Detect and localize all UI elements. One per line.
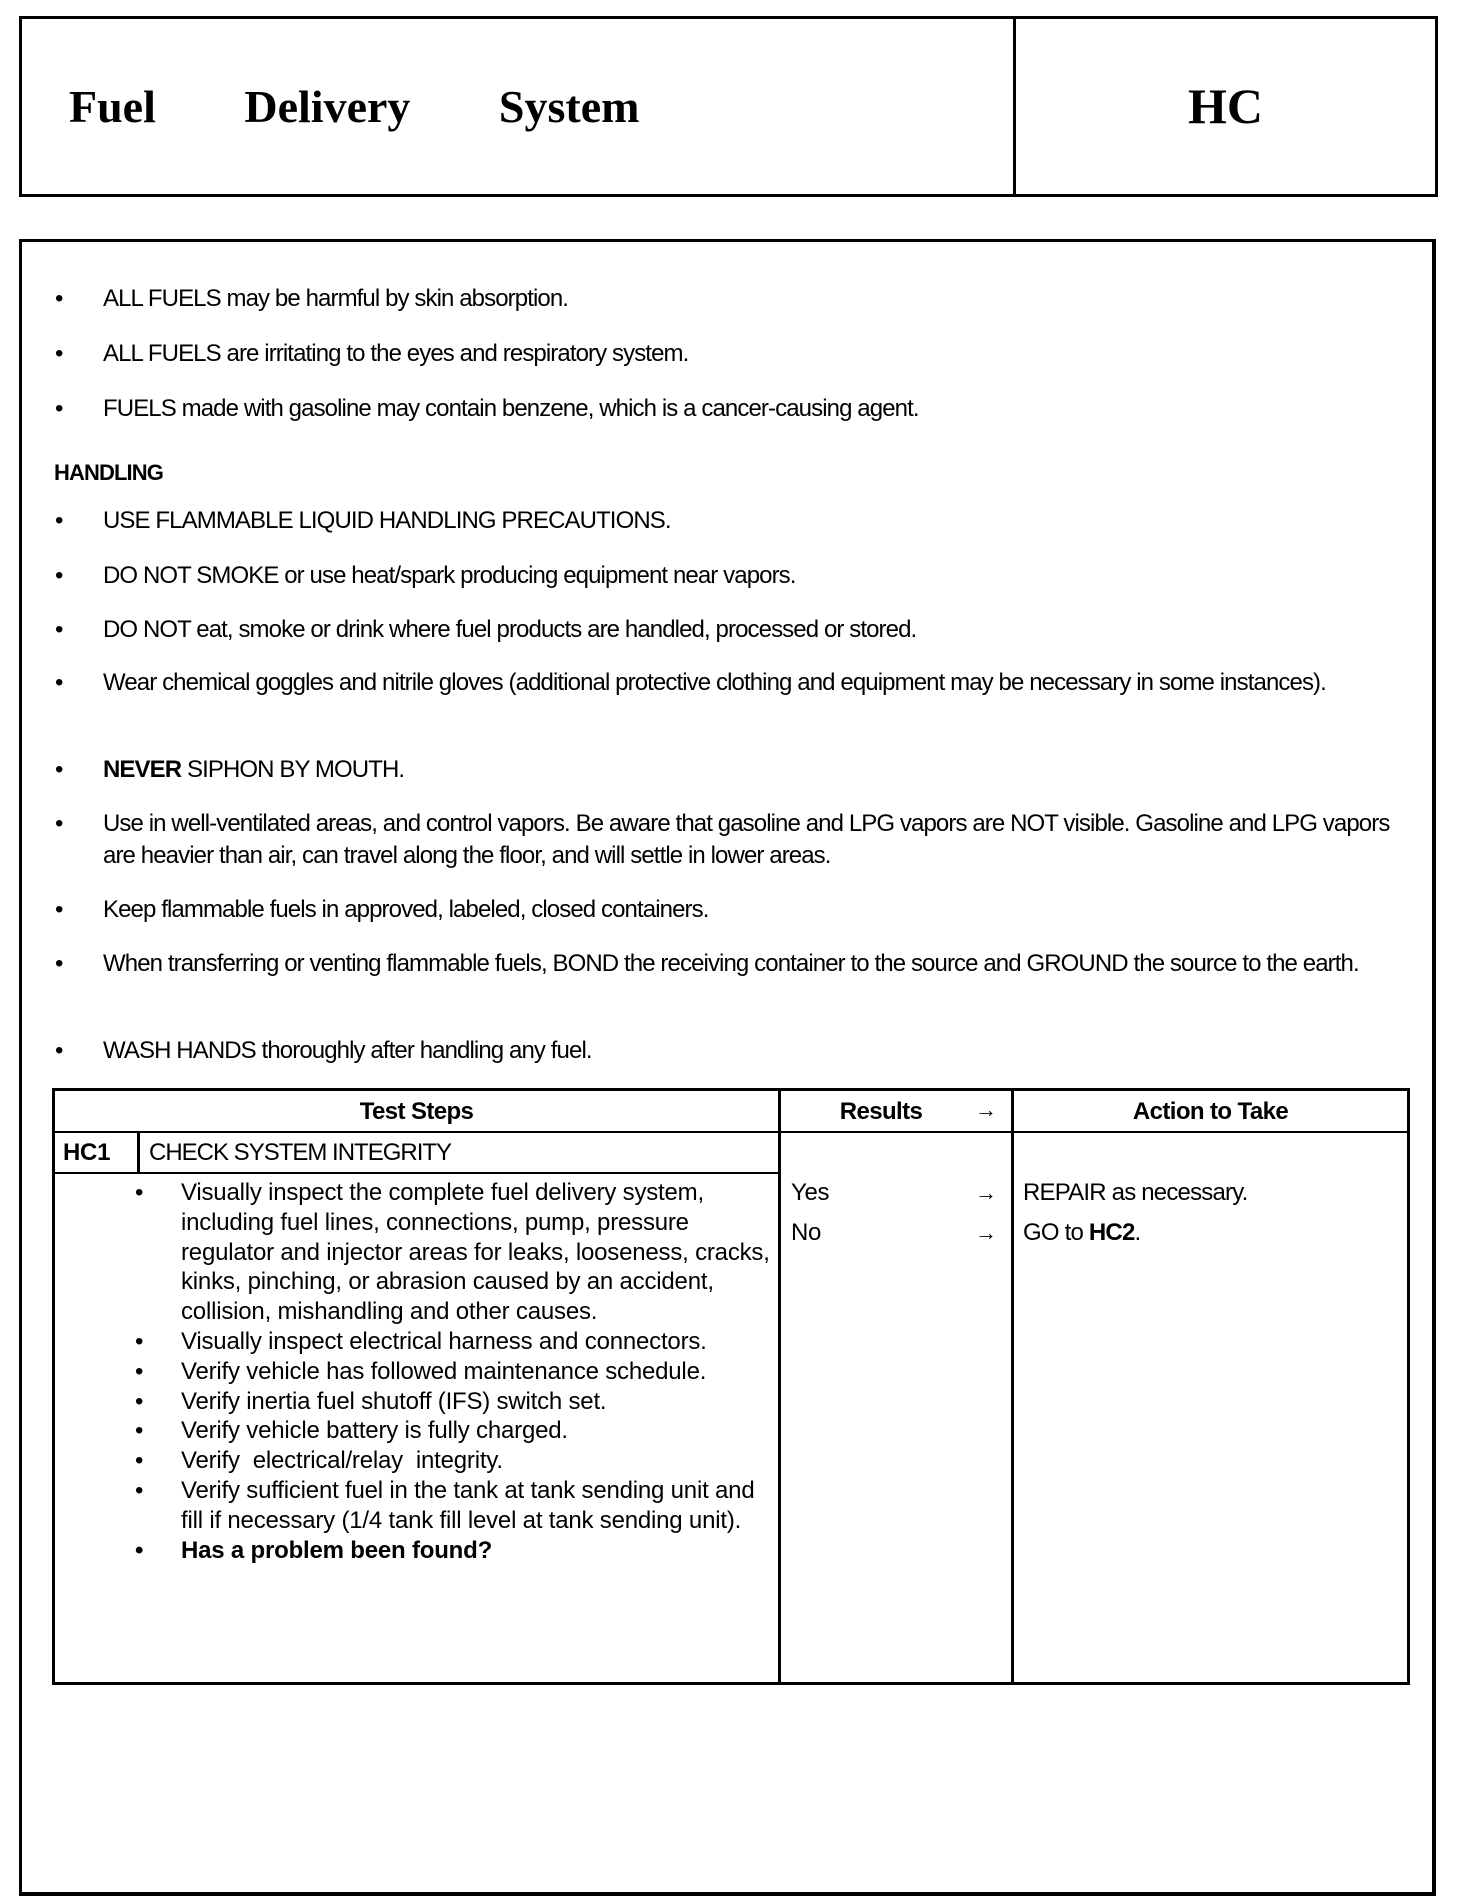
bullet-icon: •	[55, 560, 75, 592]
bullet-icon: •	[135, 1476, 143, 1506]
instruction-text: Verify sufficient fuel in the tank at ta…	[181, 1477, 754, 1534]
bullet-icon: •	[55, 338, 75, 370]
handling-text: DO NOT eat, smoke or drink where fuel pr…	[103, 614, 1415, 646]
bullet-icon: •	[55, 505, 75, 537]
handling-text: Use in well-ventilated areas, and contro…	[103, 808, 1415, 872]
bullet-icon: •	[55, 948, 75, 980]
handling-text: USE FLAMMABLE LIQUID HANDLING PRECAUTION…	[103, 505, 1415, 537]
warning-item: • ALL FUELS are irritating to the eyes a…	[55, 338, 1415, 370]
bullet-icon: •	[55, 283, 75, 315]
bullet-icon: •	[135, 1327, 143, 1357]
step-instructions: •Visually inspect the complete fuel deli…	[135, 1178, 775, 1565]
bullet-icon: •	[55, 894, 75, 926]
instruction-item: •Verify sufficient fuel in the tank at t…	[135, 1476, 775, 1536]
instruction-text: Visually inspect the complete fuel deliv…	[181, 1179, 770, 1325]
action-no: GO to HC2.	[1023, 1218, 1140, 1248]
instruction-item: •Verify inertia fuel shutoff (IFS) switc…	[135, 1387, 775, 1417]
step-id-divider	[137, 1131, 140, 1173]
page-title: Fuel Delivery System	[69, 19, 639, 194]
instruction-text: Verify vehicle battery is fully charged.	[181, 1417, 568, 1444]
handling-item: • USE FLAMMABLE LIQUID HANDLING PRECAUTI…	[55, 505, 1415, 537]
arrow-right-icon: →	[975, 1218, 997, 1248]
instruction-text: Verify vehicle has followed maintenance …	[181, 1358, 706, 1385]
handling-item: • Use in well-ventilated areas, and cont…	[55, 808, 1415, 872]
instruction-text: Has a problem been found?	[181, 1537, 492, 1564]
instruction-text: Verify electrical/relay integrity.	[181, 1447, 503, 1474]
bullet-icon: •	[55, 754, 75, 786]
bullet-icon: •	[135, 1387, 143, 1417]
instruction-text: Visually inspect electrical harness and …	[181, 1328, 707, 1355]
table-header-divider	[55, 1131, 1407, 1133]
page-header: Fuel Delivery System HC	[19, 16, 1438, 197]
action-yes: REPAIR as necessary.	[1023, 1178, 1248, 1208]
handling-item: • Wear chemical goggles and nitrile glov…	[55, 667, 1415, 699]
step-title: CHECK SYSTEM INTEGRITY	[149, 1138, 451, 1168]
handling-item: • When transferring or venting flammable…	[55, 948, 1415, 980]
step-id: HC1	[63, 1138, 110, 1168]
handling-text: When transferring or venting flammable f…	[103, 948, 1415, 980]
bullet-icon: •	[135, 1446, 143, 1476]
bullet-icon: •	[135, 1178, 143, 1208]
header-action: Action to Take	[1014, 1091, 1407, 1131]
instruction-item: •Visually inspect electrical harness and…	[135, 1327, 775, 1357]
bullet-icon: •	[135, 1416, 143, 1446]
bullet-icon: •	[55, 393, 75, 425]
handling-text: DO NOT SMOKE or use heat/spark producing…	[103, 560, 1415, 592]
handling-emphasis: NEVER	[103, 756, 181, 783]
result-no: No	[791, 1218, 821, 1248]
handling-text: WASH HANDS thoroughly after handling any…	[103, 1035, 1415, 1067]
bullet-icon: •	[55, 614, 75, 646]
action-column-divider	[1011, 1091, 1014, 1682]
bullet-icon: •	[55, 667, 75, 699]
warning-text: FUELS made with gasoline may contain ben…	[103, 393, 1415, 425]
bullet-icon: •	[135, 1357, 143, 1387]
result-yes: Yes	[791, 1178, 829, 1208]
warning-item: • FUELS made with gasoline may contain b…	[55, 393, 1415, 425]
arrow-right-icon: →	[975, 1097, 997, 1123]
bullet-icon: •	[135, 1536, 143, 1566]
handling-text: Wear chemical goggles and nitrile gloves…	[103, 667, 1415, 699]
handling-item: • DO NOT SMOKE or use heat/spark produci…	[55, 560, 1415, 592]
instruction-item: •Verify vehicle has followed maintenance…	[135, 1357, 775, 1387]
warning-text: ALL FUELS are irritating to the eyes and…	[103, 338, 1415, 370]
header-results: Results	[781, 1091, 981, 1131]
instruction-item: •Visually inspect the complete fuel deli…	[135, 1178, 775, 1327]
warning-text: ALL FUELS may be harmful by skin absorpt…	[103, 283, 1415, 315]
step-title-divider	[55, 1172, 778, 1174]
bullet-icon: •	[55, 808, 75, 840]
instruction-item: •Verify electrical/relay integrity.	[135, 1446, 775, 1476]
handling-item: • Keep flammable fuels in approved, labe…	[55, 894, 1415, 926]
section-code: HC	[1016, 19, 1435, 194]
results-column-divider	[778, 1091, 781, 1682]
instruction-question: •Has a problem been found?	[135, 1536, 775, 1566]
handling-item: • DO NOT eat, smoke or drink where fuel …	[55, 614, 1415, 646]
instruction-item: •Verify vehicle battery is fully charged…	[135, 1416, 775, 1446]
handling-text: Keep flammable fuels in approved, labele…	[103, 894, 1415, 926]
handling-item: • NEVER SIPHON BY MOUTH.	[55, 754, 1415, 786]
warning-item: • ALL FUELS may be harmful by skin absor…	[55, 283, 1415, 315]
test-steps-table: Test Steps Results → Action to Take HC1 …	[52, 1088, 1410, 1685]
header-test-steps: Test Steps	[55, 1091, 778, 1131]
handling-heading: HANDLING	[54, 458, 163, 488]
goto-step-link[interactable]: HC2	[1089, 1219, 1135, 1246]
instruction-text: Verify inertia fuel shutoff (IFS) switch…	[181, 1388, 606, 1415]
handling-item: • WASH HANDS thoroughly after handling a…	[55, 1035, 1415, 1067]
arrow-right-icon: →	[975, 1178, 997, 1208]
handling-text: SIPHON BY MOUTH.	[181, 756, 404, 783]
bullet-icon: •	[55, 1035, 75, 1067]
